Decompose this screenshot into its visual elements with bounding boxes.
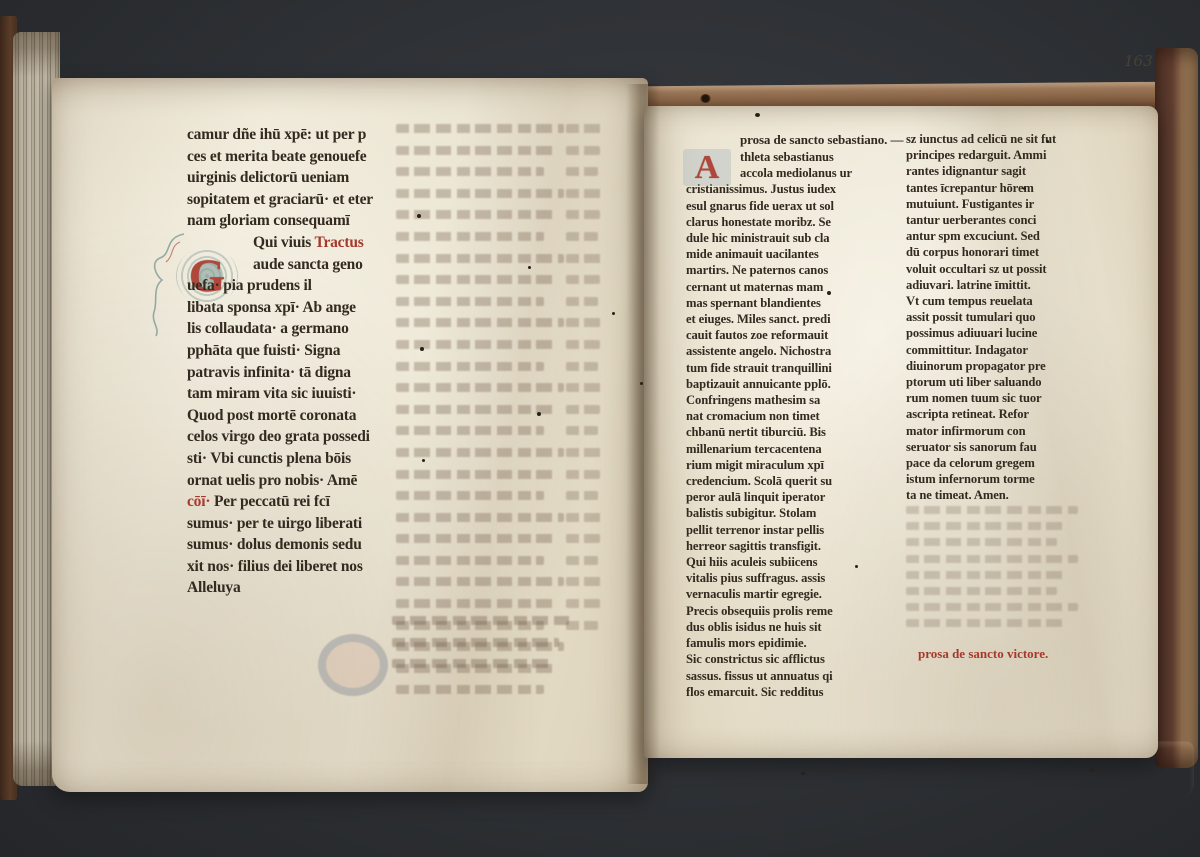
text-line: assit possit tumulari quo	[906, 309, 1096, 325]
bleedthrough-lines-bottom	[392, 616, 570, 681]
text-line: baptizauit annuicante pplō.	[686, 376, 886, 392]
text-line: ptorum uti liber saluando	[906, 374, 1096, 390]
text-line: lis collaudata· a germano	[187, 318, 397, 340]
bleedthrough-initial-ring	[318, 634, 388, 696]
text-line: cernant ut maternas mam	[686, 279, 886, 295]
decorated-initial-a: A	[683, 149, 731, 186]
text-line: mutuiunt. Fustigantes ir	[906, 196, 1096, 212]
text-line: chbanū nertit tiburciū. Bis	[686, 424, 886, 440]
text-line: sz iunctus ad celicū ne sit fut	[906, 131, 1096, 147]
text-line: committitur. Indagator	[906, 342, 1096, 358]
text-line: diuinorum propagator pre	[906, 358, 1096, 374]
text-line: Precis obsequiis prolis reme	[686, 603, 886, 619]
text-line: principes redarguit. Ammi	[906, 147, 1096, 163]
text-line: Alleluya	[187, 577, 397, 599]
text-line: pphāta que fuisti· Signa	[187, 340, 397, 362]
column-1-lines: thleta sebastianusaccola mediolanus urcr…	[686, 149, 886, 700]
ink-speck	[417, 214, 421, 218]
text-line: herreor sagittis transfigit.	[686, 538, 886, 554]
text-line: pace da celorum gregem	[906, 455, 1096, 471]
text-line: assistente angelo. Nichostra	[686, 343, 886, 359]
text-line: Quod post mortē coronata	[187, 405, 397, 427]
ink-speck	[612, 312, 615, 315]
text-line: martirs. Ne paternos canos	[686, 262, 886, 278]
ink-speck	[1046, 140, 1049, 143]
text-line: vitalis pius suffragus. assis	[686, 570, 886, 586]
right-text-column-1: prosa de sancto sebastiano. — thleta seb…	[686, 131, 886, 700]
text-line: mide animauit uacilantes	[686, 246, 886, 262]
ink-speck	[827, 291, 831, 295]
rubric-sebastian: prosa de sancto sebastiano. —	[686, 131, 886, 149]
page-number: 163	[1124, 52, 1153, 70]
text-line: istum infernorum torme	[906, 471, 1096, 487]
text-line: libata sponsa xpī· Ab ange	[187, 297, 397, 319]
text-line: tam miram vita sic iuuisti·	[187, 383, 397, 405]
text-line: dule hic ministrauit sub cla	[686, 230, 886, 246]
text-line: cauit fautos zoe reformauit	[686, 327, 886, 343]
ink-speck	[422, 459, 425, 462]
text-line: rum nomen tuum sic tuor	[906, 390, 1096, 406]
bleedthrough-column-right	[906, 506, 1078, 636]
text-line: antur spm excuciunt. Sed	[906, 228, 1096, 244]
text-line: seruator sis sanorum fau	[906, 439, 1096, 455]
text-line: balistis subigitur. Stolam	[686, 505, 886, 521]
text-line: uirginis delictorū ueniam	[187, 167, 397, 189]
right-board-edge	[1155, 48, 1198, 768]
text-line: ascripta retineat. Refor	[906, 406, 1096, 422]
text-line: credencium. Scolā querit su	[686, 473, 886, 489]
text-line: tantur uerberantes conci	[906, 212, 1096, 228]
text-line: millenarium tercacentena	[686, 441, 886, 457]
text-line: dū corpus honorari timet	[906, 244, 1096, 260]
ink-speck	[528, 266, 531, 269]
text-line: tum fide strauit tranquillini	[686, 360, 886, 376]
manuscript-photo: G camur dñe ihū xpē: ut per pces et meri…	[0, 0, 1200, 857]
text-line: flos emarcuit. Sic redditus	[686, 684, 886, 700]
text-line: Qui viuis Tractus	[187, 232, 397, 254]
wormhole	[700, 94, 711, 103]
text-line: mas spernant blandientes	[686, 295, 886, 311]
text-line: cōī· Per peccatū rei fcī	[187, 491, 397, 513]
text-line: Sic constrictus sic afflictus	[686, 651, 886, 667]
text-line: sumus· dolus demonis sedu	[187, 534, 397, 556]
text-line: sti· Vbi cunctis plena bōis	[187, 448, 397, 470]
text-line: rantes idignantur sagit	[906, 163, 1096, 179]
text-line: pellit terrenor instar pellis	[686, 522, 886, 538]
text-line: patravis infinita· tā digna	[187, 362, 397, 384]
text-line: rium migit miraculum xpī	[686, 457, 886, 473]
text-line: Confringens mathesim sa	[686, 392, 886, 408]
text-line: sassus. fissus ut annuatus qi	[686, 668, 886, 684]
ink-speck	[801, 772, 805, 775]
text-line: sumus· per te uirgo liberati	[187, 513, 397, 535]
text-line: ces et merita beate genouefe	[187, 146, 397, 168]
text-line: uefa· pia prudens il	[187, 275, 397, 297]
text-line: celos virgo deo grata possedi	[187, 426, 397, 448]
text-line: dus oblis isidus ne huis sit	[686, 619, 886, 635]
text-line: Vt cum tempus reuelata	[906, 293, 1096, 309]
text-line: ta ne timeat. Amen.	[906, 487, 1096, 503]
text-line: tantes īcrepantur hōrem	[906, 180, 1096, 196]
text-line: et eiuges. Miles sanct. predi	[686, 311, 886, 327]
ink-speck	[755, 113, 760, 117]
text-line: clarus honestate moribz. Se	[686, 214, 886, 230]
left-text-column: camur dñe ihū xpē: ut per pces et merita…	[187, 124, 397, 599]
text-line: famulis mors epidimie.	[686, 635, 886, 651]
text-line: peror aulā linquit iperator	[686, 489, 886, 505]
text-line: mator infirmorum con	[906, 423, 1096, 439]
ink-speck	[420, 347, 424, 351]
bleedthrough-column-narrow	[566, 124, 602, 642]
text-line: voluit occultari sz ut possit	[906, 261, 1096, 277]
rubric-victor: prosa de sancto victore.	[918, 646, 1048, 662]
ink-speck	[855, 565, 858, 568]
text-line: ornat uelis pro nobis· Amē	[187, 470, 397, 492]
text-line: vernaculis martir egregie.	[686, 586, 886, 602]
text-line: aude sancta geno	[187, 254, 397, 276]
text-line: nam gloriam consequamī	[187, 210, 397, 232]
text-line: possimus adiuuari lucine	[906, 325, 1096, 341]
text-line: nat cromacium non timet	[686, 408, 886, 424]
gutter-shadow	[626, 84, 660, 784]
text-line: adiuvari. latrine īmittit.	[906, 277, 1096, 293]
ink-speck	[640, 382, 643, 385]
ink-speck	[537, 412, 541, 416]
right-text-column-2: sz iunctus ad celicū ne sit futprincipes…	[906, 131, 1096, 504]
text-line: esul gnarus fide uerax ut sol	[686, 198, 886, 214]
ink-speck	[1023, 187, 1026, 190]
ink-speck	[1090, 768, 1094, 772]
text-line: sopitatem et graciarū· et eter	[187, 189, 397, 211]
text-line: camur dñe ihū xpē: ut per p	[187, 124, 397, 146]
text-line: xit nos· filius dei liberet nos	[187, 556, 397, 578]
